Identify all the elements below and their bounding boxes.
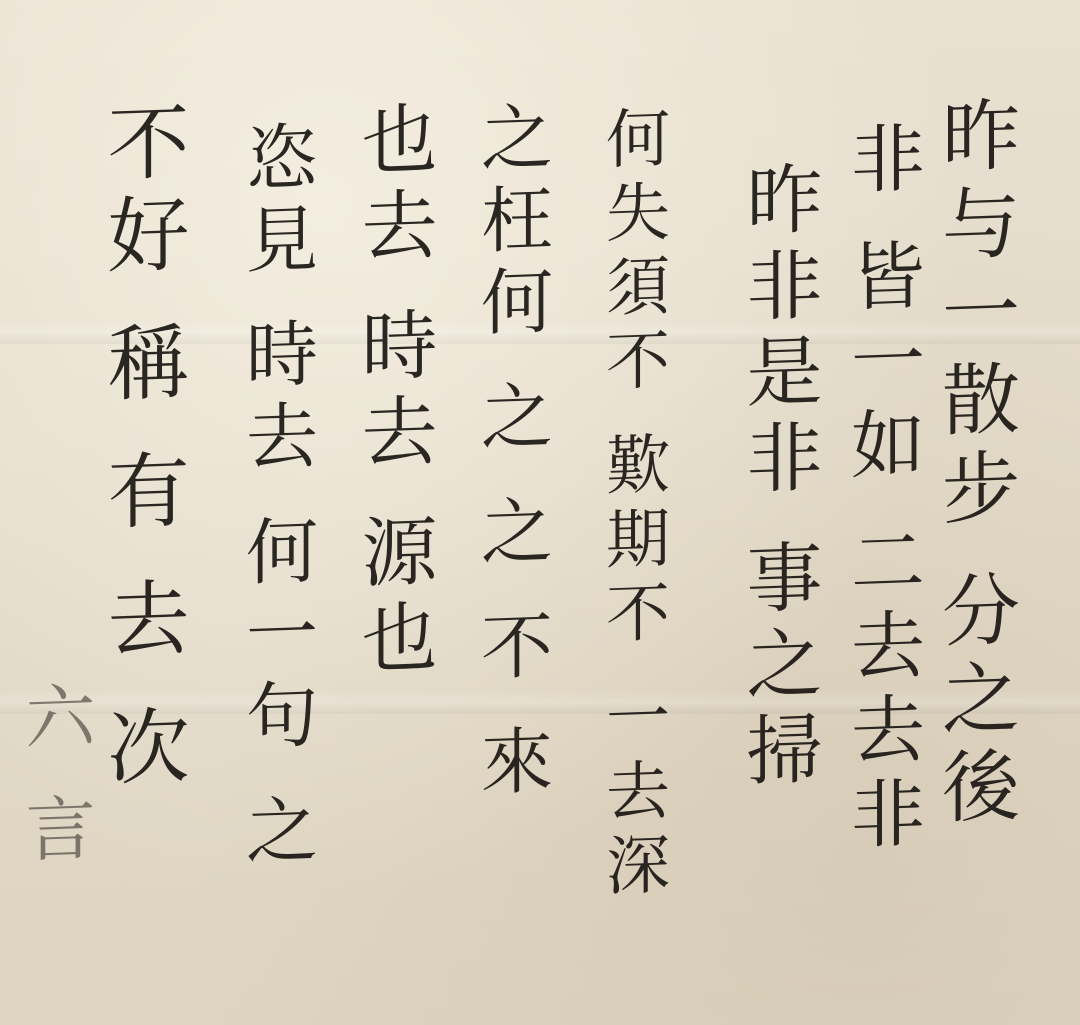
calligraphy-column-3: 昨非是非 事之掃	[740, 159, 816, 798]
calligraphy-paper: 昨与一散步 分之後 非 皆一如 二去去非 昨非是非 事之掃 何失須不 歎期不 一…	[0, 0, 1080, 1025]
calligraphy-column-2: 非 皆一如 二去去非	[845, 119, 919, 861]
calligraphy-column-6: 也去 時去 源也	[355, 99, 431, 686]
calligraphy-column-7: 恣見 時去 何一句 之	[240, 119, 312, 876]
calligraphy-column-8: 不好 稱 有 去 次	[100, 99, 182, 798]
calligraphy-column-1: 昨与一散步 分之後	[935, 94, 1013, 836]
calligraphy-column-5: 之枉何 之 之 不 來	[475, 99, 547, 807]
calligraphy-column-4: 何失須不 歎期不 一去深	[600, 104, 664, 907]
artist-signature: 六 言	[20, 679, 90, 874]
